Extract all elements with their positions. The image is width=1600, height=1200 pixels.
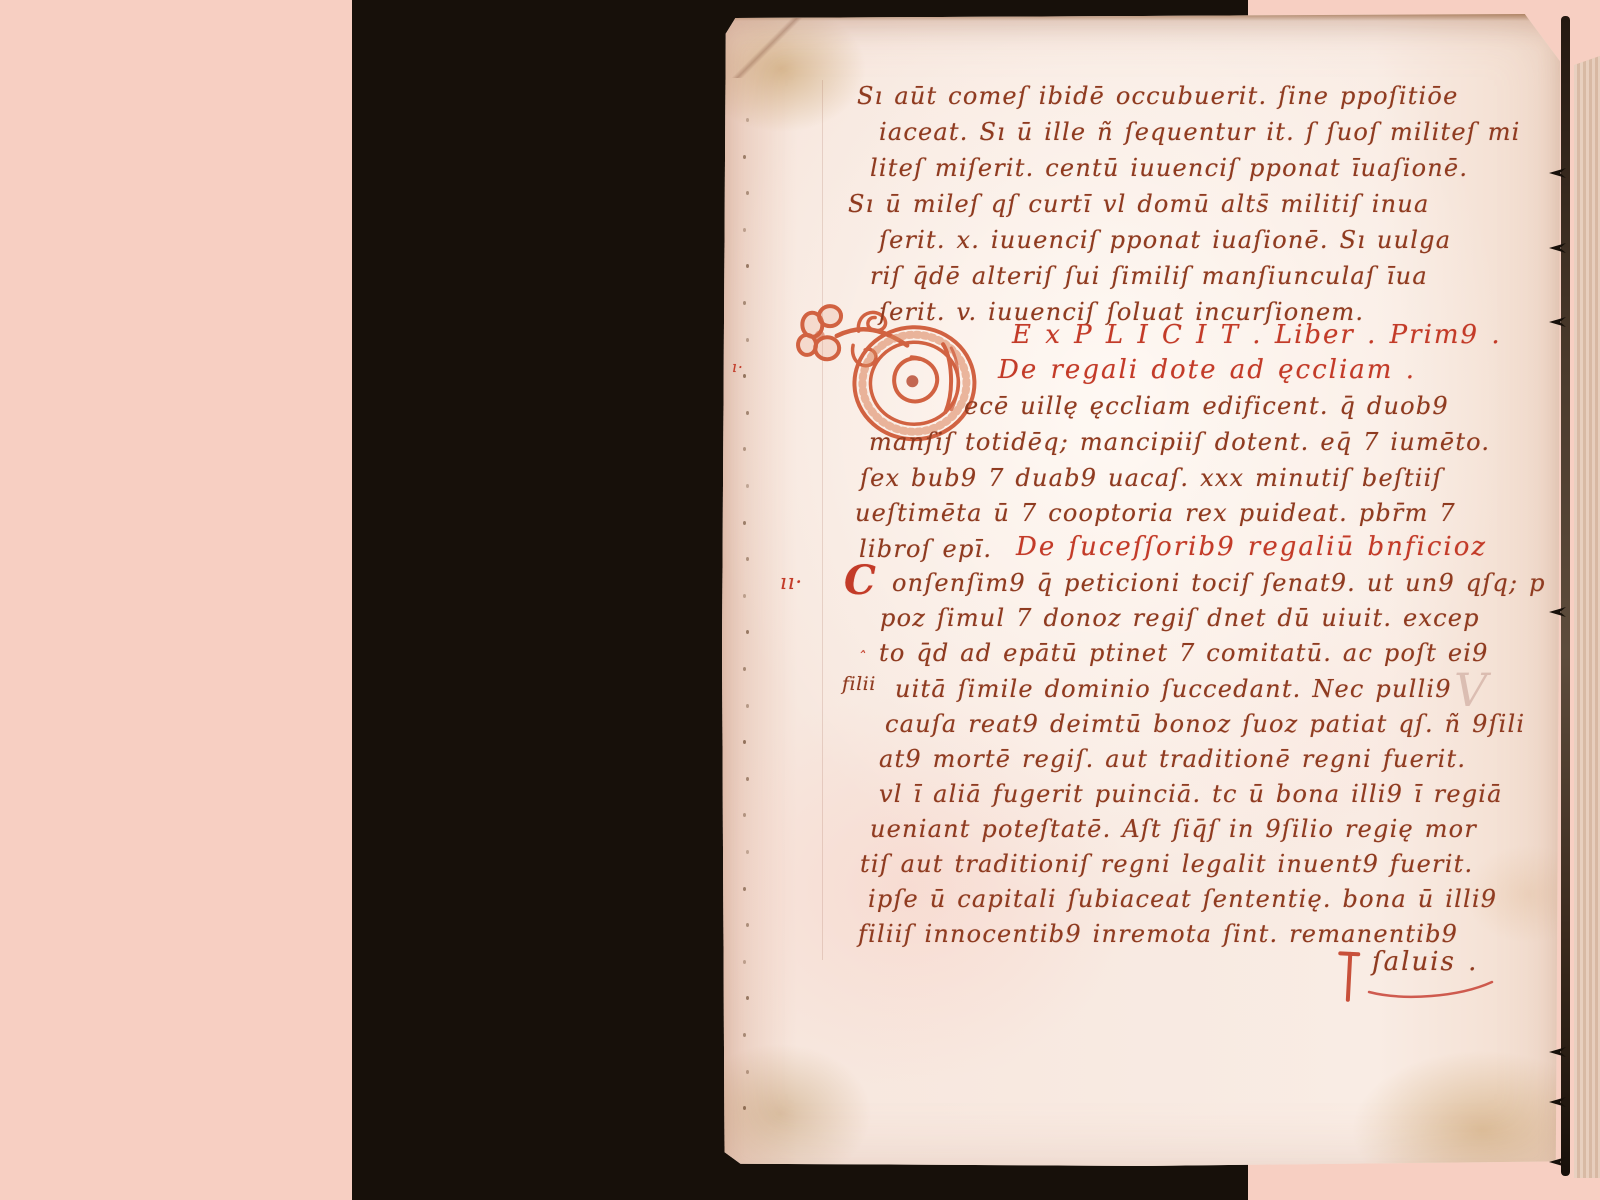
margin-correction-word: filii <box>842 675 876 695</box>
manuscript-line: at9 mortē regiſ. aut traditionē regni fu… <box>879 747 1466 772</box>
text-block: Sı aūt comeſ ibidē occubuerit. ſine ppoſ… <box>352 0 1600 1200</box>
margin-flourish-mark: ı· <box>732 360 744 376</box>
initial-letter-c: C <box>844 560 877 602</box>
manuscript-line: poz ſimul 7 donoz regiſ dnet dū uiuit. e… <box>880 606 1480 631</box>
manuscript-line: riſ q̄dē alteriſ ſui ſimiliſ manſiuncula… <box>870 264 1428 289</box>
manuscript-line: libroſ epī. <box>859 537 992 562</box>
manuscript-line: Sı ū mileſ qſ curtī vl domū alts̄ militi… <box>848 192 1429 217</box>
manuscript-line: cauſa reat9 deimtū bonoz ſuoz patiat qſ.… <box>885 712 1525 737</box>
catchword-underline-flourish <box>1364 974 1499 1006</box>
manuscript-line: ſerit. x. iuuenciſ pponat iuaſionē. Sı u… <box>879 228 1451 253</box>
manuscript-line: uitā ſimile dominio ſuccedant. Nec pulli… <box>895 677 1452 702</box>
chapter-title-rubric: De regali dote ad ęccliam . <box>998 357 1416 384</box>
screenshot-stage: Sı aūt comeſ ibidē occubuerit. ſine ppoſ… <box>0 0 1600 1200</box>
catchword: ſaluis . <box>1372 949 1478 976</box>
manuscript-line: filiiſ innocentib9 inremota ſint. remane… <box>858 922 1458 947</box>
manuscript-line: ecē uillę ęccliam edificent. q̄ duob9 <box>964 394 1449 419</box>
manuscript-line: liteſ miſerit. centū iuuenciſ pponat īua… <box>870 156 1468 181</box>
manuscript-line: ueniant poteſtatē. Aſt ſiq̄ſ in 9ſilio r… <box>870 817 1477 842</box>
manuscript-line: Sı aūt comeſ ibidē occubuerit. ſine ppoſ… <box>857 84 1458 109</box>
manuscript-line: ipſe ū capitali ſubiaceat ſententię. bon… <box>868 887 1497 912</box>
manuscript-line: ſex bub9 7 duab9 uacaſ. xxx minutiſ beſt… <box>860 466 1443 491</box>
manuscript-line: vl ī aliā fugerit puinciā. tc ū bona ill… <box>879 782 1503 807</box>
explicit-rubric: E x P L I C I T . Liber . Prim9 . <box>1012 322 1502 349</box>
manuscript-line: iaceat. Sı ū ille ñ ſequentur it. ſ ſuoſ… <box>879 120 1521 145</box>
manuscript-line: onſenſim9 q̄ peticioni tociſ ſenat9. ut … <box>892 571 1546 596</box>
manuscript-photo: Sı aūt comeſ ibidē occubuerit. ſine ppoſ… <box>352 0 1248 1200</box>
manuscript-line: ueſtimēta ū 7 cooptoria rex puideat. pbr… <box>855 501 1456 526</box>
chapter-numeral: ıı· <box>780 571 803 593</box>
chapter-title-rubric: De ſuceſſorib9 regaliū bnficioz <box>1016 534 1487 561</box>
caret-mark: ˆ <box>858 650 867 666</box>
manuscript-line: to q̄d ad epātū ptinet 7 comitatū. ac po… <box>879 641 1489 666</box>
manuscript-line: tiſ aut traditioniſ regni legalit inuent… <box>860 852 1473 877</box>
showthrough-mark: V <box>1454 666 1488 714</box>
manuscript-line: manſiſ totidēq; mancipiiſ dotent. eq̄ 7 … <box>869 430 1490 455</box>
